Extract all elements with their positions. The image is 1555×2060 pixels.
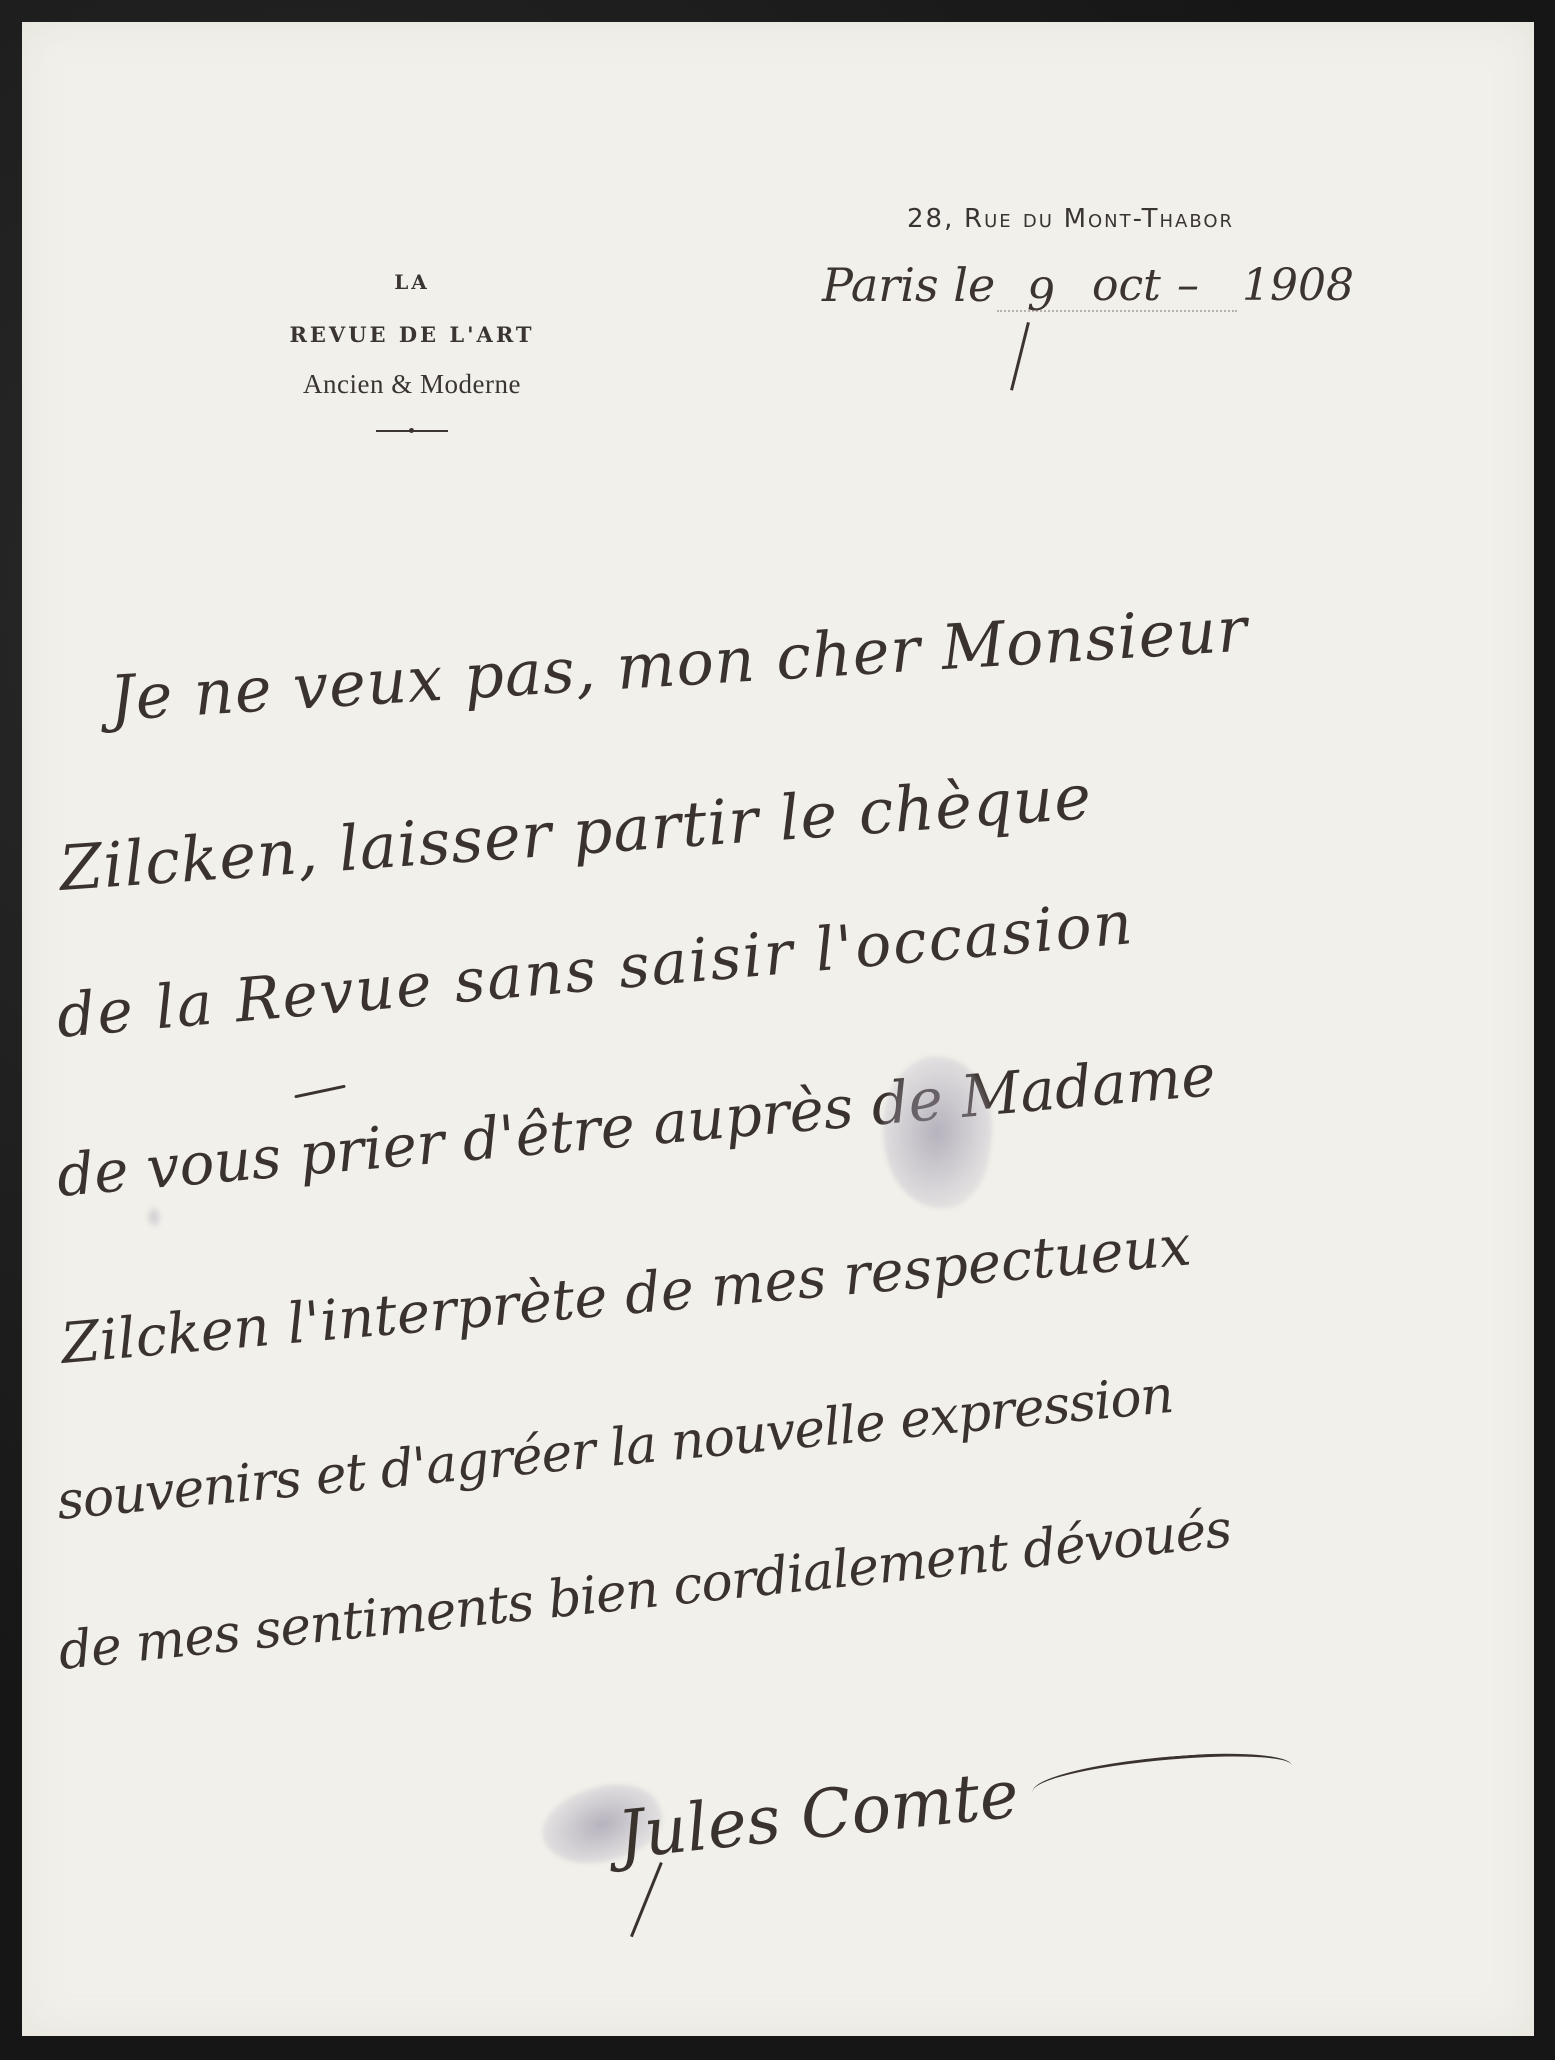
body-line-6: souvenirs et d'agréer la nouvelle expres… [54,1365,1175,1532]
letter-body: Je ne veux pas, mon cher Monsieur Zilcke… [22,22,1534,2036]
body-line-5: Zilcken l'interprète de mes respectueux [58,1213,1193,1377]
revue-underline [294,1085,345,1099]
body-line-2: Zilcken, laisser partir le chèque [57,760,1094,905]
letter-page: LA REVUE DE L'ART Ancien & Moderne 28, R… [22,22,1534,2036]
body-line-3: de la Revue sans saisir l'occasion [54,888,1137,1052]
ink-stain-small [147,1207,161,1227]
body-line-4: de vous prier d'être auprès de Madame [54,1041,1218,1210]
body-line-1: Je ne veux pas, mon cher Monsieur [108,593,1250,735]
body-line-7: de mes sentiments bien cordialement dévo… [56,1499,1234,1682]
